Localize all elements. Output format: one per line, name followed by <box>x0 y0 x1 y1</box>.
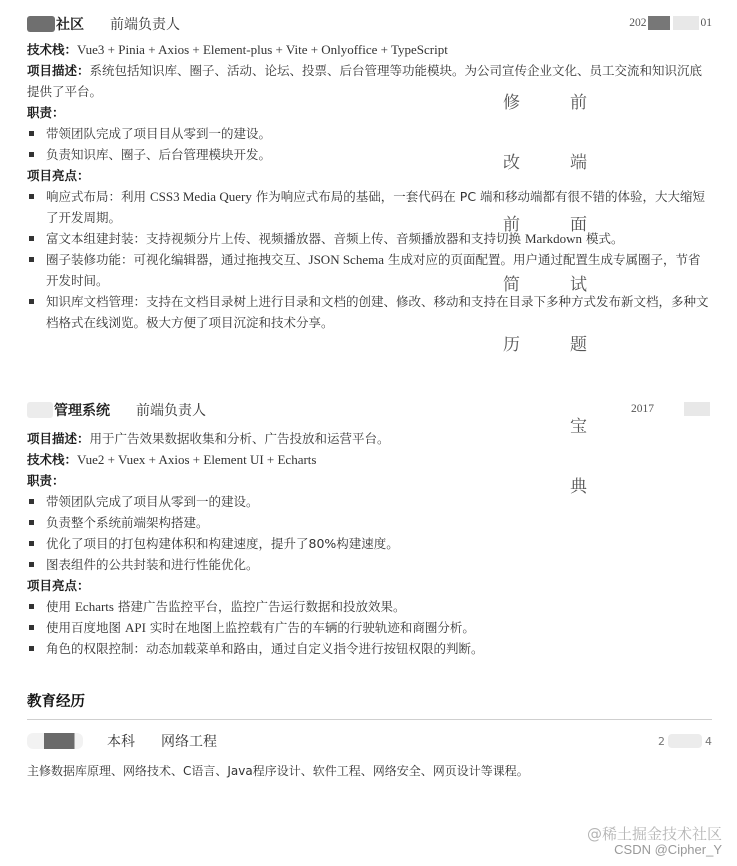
list-item: 圈子装修功能：可视化编辑器，通过拖拽交互、JSON Schema 生成对应的页面… <box>27 249 712 291</box>
description-value: 用于广告效果数据收集和分析、广告投放和运营平台。 <box>90 431 390 446</box>
project-date: 202 01 <box>629 16 712 30</box>
watermark-char: 题 <box>570 330 587 355</box>
project-role: 前端负责人 <box>110 14 180 34</box>
tech-stack-label: 技术栈： <box>27 452 77 467</box>
tech-stack-line: 技术栈：Vue2 + Vuex + Axios + Element UI + E… <box>27 449 712 470</box>
highlights-list: 使用 Echarts 搭建广告监控平台，监控广告运行数据和投放效果。 使用百度地… <box>27 596 712 659</box>
redacted-block <box>27 16 55 32</box>
redacted-block <box>668 734 702 748</box>
list-item: 使用百度地图 API 实时在地图上监控载有广告的车辆的行驶轨迹和商圈分析。 <box>27 617 712 638</box>
duties-label: 职责： <box>27 102 712 123</box>
redacted-block <box>673 16 699 30</box>
watermark-char: 典 <box>570 472 587 497</box>
redacted-block <box>27 402 53 418</box>
list-item: 带领团队完成了项目从零到一的建设。 <box>27 491 712 512</box>
highlights-label: 项目亮点： <box>27 575 712 596</box>
project-date: 2017 <box>631 402 712 416</box>
watermark-char: 试 <box>570 270 587 295</box>
highlights-list: 响应式布局：利用 CSS3 Media Query 作为响应式布局的基础，一套代… <box>27 186 712 333</box>
project-header: 社区 前端负责人 202 01 <box>27 14 712 34</box>
resume-page: 社区 前端负责人 202 01 技术栈：Vue3 + Pinia + Axios… <box>0 0 737 866</box>
duties-label: 职责： <box>27 470 712 491</box>
list-item: 图表组件的公共封装和进行性能优化。 <box>27 554 712 575</box>
education-degree: 本科 <box>107 731 135 751</box>
duties-list: 带领团队完成了项目目从零到一的建设。 负责知识库、圈子、后台管理模块开发。 <box>27 123 712 165</box>
csdn-credit: CSDN @Cipher_Y <box>614 842 722 857</box>
project-2: 管理系统 前端负责人 2017 项目描述：用于广告效果数据收集和分析、广告投放和… <box>27 400 712 659</box>
redacted-block <box>648 16 670 30</box>
watermark-char: 修 <box>503 88 520 113</box>
list-item: 角色的权限控制：动态加载菜单和路由，通过自定义指令进行按钮权限的判断。 <box>27 638 712 659</box>
redacted-school-name <box>27 733 83 749</box>
tech-stack-label: 技术栈： <box>27 42 77 57</box>
list-item: 响应式布局：利用 CSS3 Media Query 作为响应式布局的基础，一套代… <box>27 186 712 228</box>
project-name: 社区 <box>27 14 84 34</box>
list-item: 使用 Echarts 搭建广告监控平台，监控广告运行数据和投放效果。 <box>27 596 712 617</box>
watermark-char: 端 <box>570 148 587 173</box>
list-item: 负责知识库、圈子、后台管理模块开发。 <box>27 144 712 165</box>
list-item: 富文本组建封装：支持视频分片上传、视频播放器、音频上传、音频播放器和支持切换 M… <box>27 228 712 249</box>
education-date: 2 4 <box>658 734 712 748</box>
education-row: 本科 网络工程 2 4 <box>27 731 712 751</box>
section-divider <box>27 719 712 720</box>
duties-list: 带领团队完成了项目从零到一的建设。 负责整个系统前端架构搭建。 优化了项目的打包… <box>27 491 712 575</box>
project-description: 项目描述：用于广告效果数据收集和分析、广告投放和运营平台。 <box>27 428 712 449</box>
tech-stack-line: 技术栈：Vue3 + Pinia + Axios + Element-plus … <box>27 39 712 60</box>
watermark-char: 面 <box>570 210 587 235</box>
description-value: 系统包括知识库、圈子、活动、论坛、投票、后台管理等功能模块。为公司宣传企业文化、… <box>27 63 702 99</box>
description-label: 项目描述： <box>27 431 90 446</box>
list-item: 优化了项目的打包构建体积和构建速度，提升了80%构建速度。 <box>27 533 712 554</box>
project-description: 项目描述：系统包括知识库、圈子、活动、论坛、投票、后台管理等功能模块。为公司宣传… <box>27 60 712 102</box>
watermark-char: 历 <box>503 330 520 355</box>
watermark-char: 简 <box>503 270 520 295</box>
description-label: 项目描述： <box>27 63 90 78</box>
juejin-credit: @稀土掘金技术社区 <box>587 823 722 844</box>
list-item: 带领团队完成了项目目从零到一的建设。 <box>27 123 712 144</box>
redacted-block <box>684 402 710 416</box>
watermark-char: 前 <box>570 88 587 113</box>
highlights-label: 项目亮点： <box>27 165 712 186</box>
watermark-char: 宝 <box>570 412 587 437</box>
project-name: 管理系统 <box>27 400 110 420</box>
education-section-title: 教育经历 <box>27 690 85 711</box>
tech-stack-value: Vue2 + Vuex + Axios + Element UI + Echar… <box>77 452 316 467</box>
list-item: 知识库文档管理：支持在文档目录树上进行目录和文档的创建、修改、移动和支持在目录下… <box>27 291 712 333</box>
tech-stack-value: Vue3 + Pinia + Axios + Element-plus + Vi… <box>77 42 448 57</box>
project-role: 前端负责人 <box>136 400 206 420</box>
education-description: 主修数据库原理、网络技术、C语言、Java程序设计、软件工程、网络安全、网页设计… <box>27 762 529 779</box>
list-item: 负责整个系统前端架构搭建。 <box>27 512 712 533</box>
watermark-char: 改 <box>503 148 520 173</box>
project-1: 社区 前端负责人 202 01 技术栈：Vue3 + Pinia + Axios… <box>27 14 712 333</box>
watermark-char: 前 <box>503 210 520 235</box>
project-header: 管理系统 前端负责人 2017 <box>27 400 712 420</box>
education-major: 网络工程 <box>161 731 217 751</box>
